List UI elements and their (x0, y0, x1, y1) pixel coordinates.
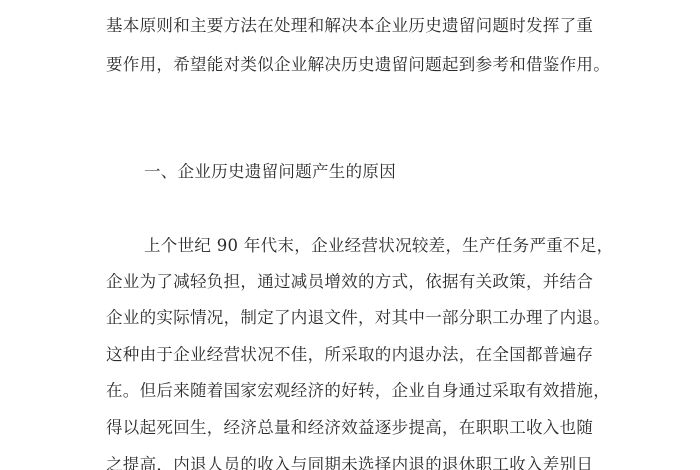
body-line-2: 企业为了减轻负担，通过减员增效的方式，依据有关政策，并结合 (106, 272, 593, 292)
body-line-4: 这种由于企业经营状况不佳，所采取的内退办法，在全国都普遍存 (106, 345, 593, 365)
body-line-5: 在。但后来随着国家宏观经济的好转，企业自身通过采取有效措施， (106, 381, 610, 401)
body-line-6: 得以起死回生，经济总量和经济效益逐步提高，在职职工收入也随 (106, 418, 593, 438)
body-line-3: 企业的实际情况，制定了内退文件，对其中一部分职工办理了内退。 (106, 308, 610, 328)
intro-line-1: 基本原则和主要方法在处理和解决本企业历史遗留问题时发挥了重 (106, 16, 593, 36)
body-line-1: 上个世纪 90 年代末，企业经营状况较差，生产任务严重不足， (144, 236, 614, 256)
body-line-7: 之提高，内退人员的收入与同期未选择内退的退休职工收入差别日 (106, 455, 593, 470)
document-page: 基本原则和主要方法在处理和解决本企业历史遗留问题时发挥了重 要作用，希望能对类似… (0, 0, 700, 470)
intro-line-2: 要作用，希望能对类似企业解决历史遗留问题起到参考和借鉴作用。 (106, 55, 610, 75)
section-heading: 一、企业历史遗留问题产生的原因 (144, 162, 396, 182)
